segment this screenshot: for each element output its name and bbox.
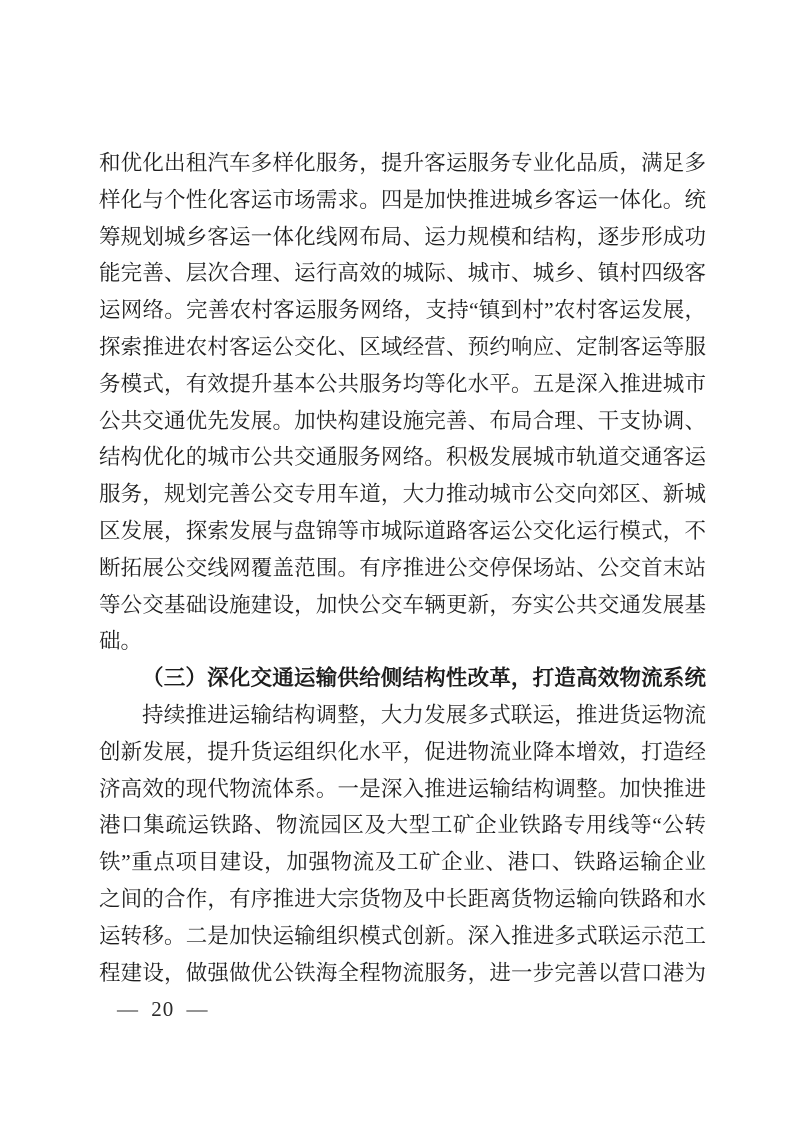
text-line: 等公交基础设施建设，加快公交车辆更新，夯实公共交通发展基 [99, 587, 706, 624]
paragraph-passenger-transport: 和优化出租汽车多样化服务，提升客运服务专业化品质，满足多样化与个性化客运市场需求… [99, 145, 706, 660]
text-line: 创新发展，提升货运组织化水平，促进物流业降本增效，打造经 [99, 734, 706, 771]
text-line: 服务，规划完善公交专用车道，大力推动城市公交向郊区、新城 [99, 476, 706, 513]
text-line: 结构优化的城市公共交通服务网络。积极发展城市轨道交通客运 [99, 439, 706, 476]
text-line: 和优化出租汽车多样化服务，提升客运服务专业化品质，满足多 [99, 145, 706, 182]
text-line: 能完善、层次合理、运行高效的城际、城市、城乡、镇村四级客 [99, 255, 706, 292]
text-line: 探索推进农村客运公交化、区域经营、预约响应、定制客运等服 [99, 329, 706, 366]
paragraph-logistics-reform: 持续推进运输结构调整，大力发展多式联运，推进货运物流创新发展，提升货运组织化水平… [99, 697, 706, 991]
text-line: 断拓展公交线网覆盖范围。有序推进公交停保场站、公交首末站 [99, 550, 706, 587]
text-line: 济高效的现代物流体系。一是深入推进运输结构调整。加快推进 [99, 771, 706, 808]
text-line: 样化与个性化客运市场需求。四是加快推进城乡客运一体化。统 [99, 182, 706, 219]
text-line: 港口集疏运铁路、物流园区及大型工矿企业铁路专用线等“公转 [99, 807, 706, 844]
page-number: — 20 — [117, 995, 209, 1023]
text-line: 务模式，有效提升基本公共服务均等化水平。五是深入推进城市 [99, 366, 706, 403]
text-line: 础。 [99, 623, 706, 660]
text-line: 铁”重点项目建设，加强物流及工矿企业、港口、铁路运输企业 [99, 844, 706, 881]
text-line: 筹规划城乡客运一体化线网布局、运力规模和结构，逐步形成功 [99, 219, 706, 256]
text-line: 公共交通优先发展。加快构建设施完善、布局合理、干支协调、 [99, 403, 706, 440]
text-line: 持续推进运输结构调整，大力发展多式联运，推进货运物流 [99, 697, 706, 734]
text-line: 运转移。二是加快运输组织模式创新。深入推进多式联运示范工 [99, 918, 706, 955]
text-line: 区发展，探索发展与盘锦等市城际道路客运公交化运行模式，不 [99, 513, 706, 550]
document-page: 和优化出租汽车多样化服务，提升客运服务专业化品质，满足多样化与个性化客运市场需求… [0, 0, 793, 1122]
text-line: 运网络。完善农村客运服务网络，支持“镇到村”农村客运发展， [99, 292, 706, 329]
text-line: 程建设，做强做优公铁海全程物流服务，进一步完善以营口港为 [99, 955, 706, 992]
section-heading: （三）深化交通运输供给侧结构性改革，打造高效物流系统 [99, 660, 706, 697]
body-text: 和优化出租汽车多样化服务，提升客运服务专业化品质，满足多样化与个性化客运市场需求… [99, 145, 706, 991]
text-line: 之间的合作，有序推进大宗货物及中长距离货物运输向铁路和水 [99, 881, 706, 918]
